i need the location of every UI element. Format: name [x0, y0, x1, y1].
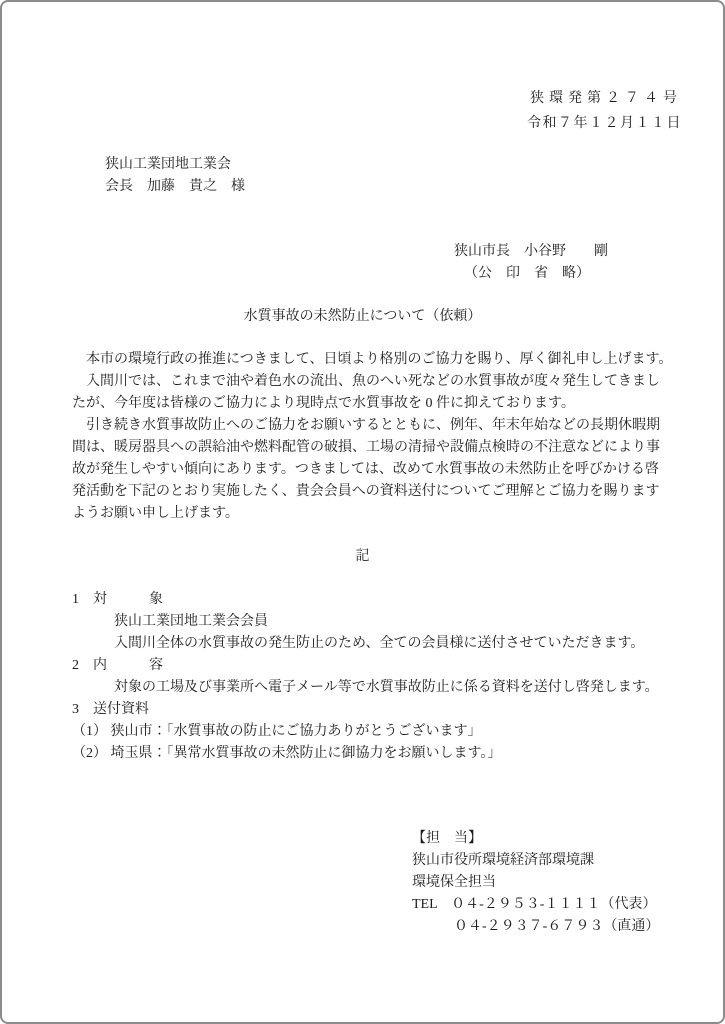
body-line: 故が発生しやすい傾向にあります。つきましては、改めて水質事故の未然防止を呼びかけ… — [72, 459, 662, 481]
sender-name: 狭山市長 小谷野 剛 — [454, 241, 608, 263]
sender-block: 狭山市長 小谷野 剛 （公 印 省 略） — [454, 241, 608, 285]
body-line: 本市の環境行政の推進につきまして、日頃より格別のご協力を賜り、厚く御礼申し上げま… — [72, 349, 662, 371]
list-item-3-subitem-1: （1） 狭山市：「水質事故の防止にご協力ありがとうございます」 — [72, 721, 672, 743]
list-item-1-text: 入間川全体の水質事故の発生防止のため、全ての会員様に送付させていただきます。 — [72, 633, 672, 655]
body-line: たが、今年度は皆様のご協力により現時点で水質事故を 0 件に抑えております。 — [72, 393, 662, 415]
body-line: 間は、暖房器具への誤給油や燃料配管の破損、工場の清掃や設備点検時の不注意などによ… — [72, 437, 662, 459]
contact-section: 環境保全担当 — [412, 872, 659, 894]
seal-omitted-note: （公 印 省 略） — [454, 263, 608, 285]
body-line: 入間川では、これまで油や着色水の流出、魚のへい死などの水質事故が度々発生してきま… — [72, 371, 662, 393]
addressee-organization: 狭山工業団地工業会 — [105, 154, 245, 176]
notation-ki: 記 — [2, 546, 723, 568]
list-item-3-subitem-2: （2） 埼玉県：「異常水質事故の未然防止に御協力をお願いします。」 — [72, 743, 672, 765]
document-header: 狭環発第２７４号 令和７年１２月１１日 — [527, 86, 682, 136]
list-item-1-text: 狭山工業団地工業会会員 — [72, 611, 672, 633]
document-title: 水質事故の未然防止について（依頼） — [2, 306, 723, 328]
list-item-2-heading: 2 内 容 — [72, 655, 672, 677]
issue-date: 令和７年１２月１１日 — [527, 111, 682, 136]
details-list: 1 対 象 狭山工業団地工業会会員 入間川全体の水質事故の発生防止のため、全ての… — [72, 589, 672, 765]
body-line: 引き続き水質事故防止へのご協力をお願いするとともに、例年、年末年始などの長期休暇… — [72, 415, 662, 437]
contact-phone-main: TEL ０４-２９５３-１１１１（代表） — [412, 894, 659, 916]
addressee-person: 会長 加藤 貴之 様 — [105, 176, 245, 198]
contact-department: 狭山市役所環境経済部環境課 — [412, 850, 659, 872]
list-item-1-heading: 1 対 象 — [72, 589, 672, 611]
contact-phone-direct: ０４-２９３７-６７９３（直通） — [412, 916, 659, 938]
contact-block: 【担 当】 狭山市役所環境経済部環境課 環境保全担当 TEL ０４-２９５３-１… — [412, 828, 659, 938]
body-line: ようお願い申し上げます。 — [72, 503, 662, 525]
list-item-2-text: 対象の工場及び事業所へ電子メール等で水質事故防止に係る資料を送付し啓発します。 — [72, 677, 672, 699]
document-number: 狭環発第２７４号 — [527, 86, 682, 111]
contact-heading: 【担 当】 — [412, 828, 659, 850]
document-page: 狭環発第２７４号 令和７年１２月１１日 狭山工業団地工業会 会長 加藤 貴之 様… — [0, 0, 725, 1024]
body-paragraphs: 本市の環境行政の推進につきまして、日頃より格別のご協力を賜り、厚く御礼申し上げま… — [72, 349, 662, 525]
addressee-block: 狭山工業団地工業会 会長 加藤 貴之 様 — [105, 154, 245, 198]
list-item-3-heading: 3 送付資料 — [72, 699, 672, 721]
body-line: 発活動を下記のとおり実施したく、貴会会員への資料送付についてご理解とご協力を賜り… — [72, 481, 662, 503]
